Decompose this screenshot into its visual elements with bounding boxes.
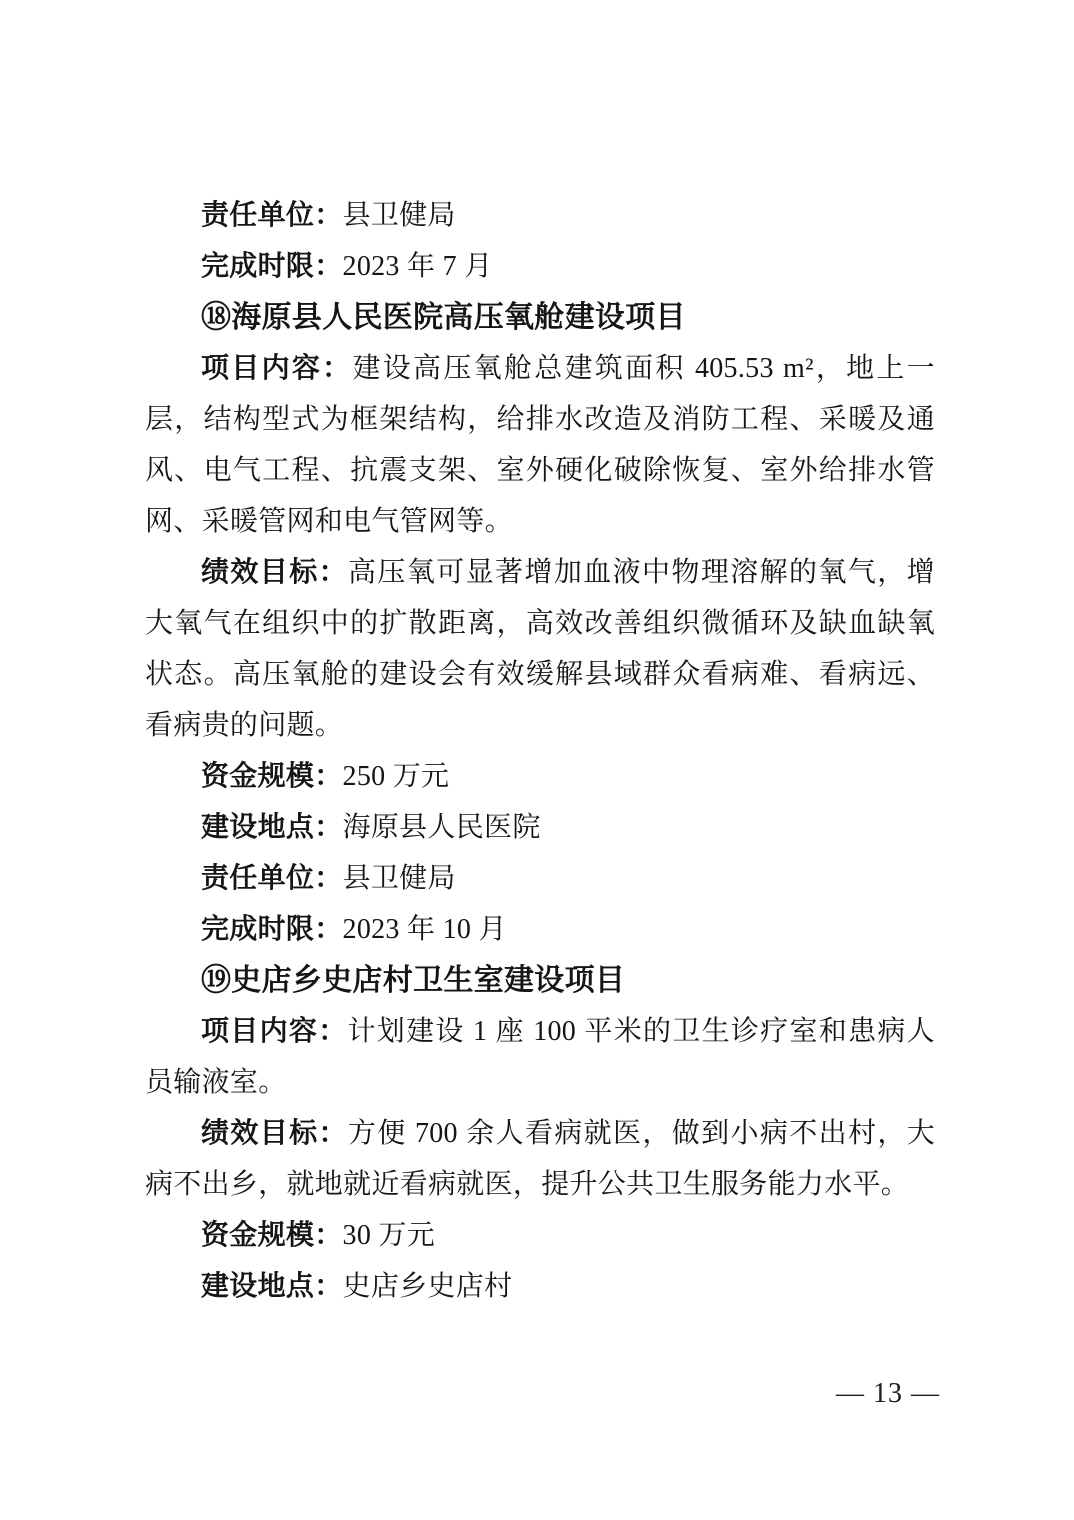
para-label: 项目内容： bbox=[201, 1016, 348, 1047]
field-responsible-unit: 责任单位：县卫健局 bbox=[145, 853, 935, 904]
para-label: 绩效目标： bbox=[201, 1118, 348, 1149]
field-responsible-unit: 责任单位：县卫健局 bbox=[145, 190, 935, 241]
field-label: 资金规模： bbox=[201, 761, 343, 792]
page-number: — 13 — bbox=[836, 1378, 940, 1410]
field-value: 史店乡史店村 bbox=[343, 1271, 513, 1302]
para-project-content: 项目内容：计划建设 1 座 100 平米的卫生诊疗室和患病人员输液室。 bbox=[145, 1006, 935, 1108]
heading-project-19: ⑲史店乡史店村卫生室建设项目 bbox=[145, 955, 935, 1006]
document-page: 责任单位：县卫健局 完成时限：2023 年 7 月 ⑱海原县人民医院高压氧舱建设… bbox=[0, 0, 1074, 1520]
para-performance-target: 绩效目标：方便 700 余人看病就医，做到小病不出村，大病不出乡，就地就近看病就… bbox=[145, 1108, 935, 1210]
field-value: 县卫健局 bbox=[343, 863, 456, 894]
field-construction-site: 建设地点：海原县人民医院 bbox=[145, 802, 935, 853]
document-body: 责任单位：县卫健局 完成时限：2023 年 7 月 ⑱海原县人民医院高压氧舱建设… bbox=[145, 190, 935, 1312]
para-performance-target: 绩效目标：高压氧可显著增加血液中物理溶解的氧气，增大氧气在组织中的扩散距离，高效… bbox=[145, 547, 935, 751]
field-label: 建设地点： bbox=[201, 812, 343, 843]
field-label: 责任单位： bbox=[201, 200, 343, 231]
field-construction-site: 建设地点：史店乡史店村 bbox=[145, 1261, 935, 1312]
field-value: 2023 年 10 月 bbox=[343, 914, 507, 945]
field-value: 250 万元 bbox=[343, 761, 450, 792]
field-funding-scale: 资金规模：30 万元 bbox=[145, 1210, 935, 1261]
field-label: 资金规模： bbox=[201, 1220, 343, 1251]
heading-project-18: ⑱海原县人民医院高压氧舱建设项目 bbox=[145, 292, 935, 343]
field-label: 完成时限： bbox=[201, 914, 343, 945]
field-completion-deadline: 完成时限：2023 年 7 月 bbox=[145, 241, 935, 292]
field-completion-deadline: 完成时限：2023 年 10 月 bbox=[145, 904, 935, 955]
para-project-content: 项目内容：建设高压氧舱总建筑面积 405.53 m²，地上一层，结构型式为框架结… bbox=[145, 343, 935, 547]
field-funding-scale: 资金规模：250 万元 bbox=[145, 751, 935, 802]
para-label: 项目内容： bbox=[201, 353, 352, 384]
field-value: 县卫健局 bbox=[343, 200, 456, 231]
field-value: 30 万元 bbox=[343, 1220, 436, 1251]
field-label: 完成时限： bbox=[201, 251, 343, 282]
field-label: 责任单位： bbox=[201, 863, 343, 894]
field-value: 2023 年 7 月 bbox=[343, 251, 493, 282]
para-label: 绩效目标： bbox=[201, 557, 348, 588]
field-value: 海原县人民医院 bbox=[343, 812, 541, 843]
field-label: 建设地点： bbox=[201, 1271, 343, 1302]
